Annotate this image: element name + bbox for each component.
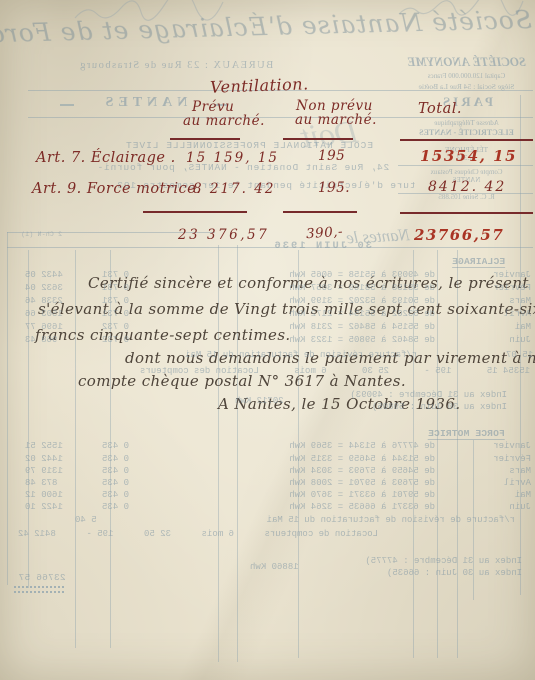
location-rate: 32 50 (144, 529, 171, 539)
meter-reading: de 50193 à 53202 = 3199 Kwh (129, 296, 461, 306)
eclairage-index-block: Index au 31 Décembre : 49093) Index au 3… (235, 390, 507, 412)
totals-rule-prevu (143, 211, 247, 213)
meter-reading: de 55158 à 58169 = 3057 Kwh (129, 283, 461, 293)
index-december: Index au 31 Décembre : 49093) (350, 390, 507, 400)
eclairage-heading-bleedthrough: ECLAIRAGE (452, 256, 505, 267)
scanned-invoice-page: Société Nantaise d'Éclairage et de Force… (0, 0, 535, 680)
month-label: Janvier (461, 441, 531, 451)
eclairage-row: Avril de 53202 à 55154 = 2172 Kwh 0 731 … (25, 309, 531, 319)
force-location-line: Location de compteurs 6 mois 32 50 195 -… (18, 529, 378, 539)
meter-reading: de 59701 à 63371 = 3670 Kwh (129, 490, 461, 500)
force-row: Mars de 54659 à 57693 = 3034 Kwh 0 435 1… (25, 466, 531, 476)
amount: 2338 46 (25, 296, 83, 306)
meter-reading: de 53202 à 55154 = 2172 Kwh (129, 309, 461, 319)
month-label: Juin (461, 502, 531, 512)
col-header-total: Total. (418, 101, 462, 117)
rate: 0 435 (83, 454, 129, 464)
month-label: Mai (461, 490, 531, 500)
amount: 3632 04 (25, 283, 83, 293)
adresse-telegraphique-line: Adresse Télégraphique (400, 119, 533, 127)
month-label: Juin (461, 335, 531, 345)
grand-total-nonprevu: 390,- (305, 224, 343, 243)
row2-label: Art. 9. Force motrice. (32, 181, 201, 197)
month-label: Avril (461, 309, 531, 319)
rate: 0 435 (83, 490, 129, 500)
rate: 0 435 (83, 478, 129, 488)
amount: 1552 51 (25, 441, 83, 451)
amount: 4432 05 (25, 270, 83, 280)
index-june: Index au 30 Juin : 66635) (365, 568, 522, 578)
meter-reading: de 54659 à 57693 = 3034 Kwh (129, 466, 461, 476)
consumption-total: 20712 Kwh (235, 396, 284, 406)
totals-rule-total (400, 212, 533, 214)
underline-prevu (170, 138, 240, 140)
location-total: 8412 42 (18, 529, 56, 539)
force-motrice-heading-bleedthrough: FORCE MOTRICE (428, 428, 505, 439)
amount: 1600 12 (25, 490, 83, 500)
row2-total: 8412. 42 (428, 179, 506, 195)
amount: 1696 77 (25, 322, 83, 332)
eclairage-row: Février de 55158 à 58169 = 3057 Kwh 0 73… (25, 283, 531, 293)
dash-rule (60, 104, 74, 106)
rate: 0 435 (83, 502, 129, 512)
eclairage-location-line: 15354 15 195 - 25 30 6 mois Location des… (140, 366, 530, 376)
revision-label: r/facture de révision de facturation du … (267, 515, 515, 525)
force-revision-line: r/facture de révision de facturation du … (75, 515, 515, 525)
month-label: Mars (461, 296, 531, 306)
location-fee: 195 - (86, 529, 113, 539)
row1-nonprevu: 195 (318, 148, 345, 164)
amount: 1319 79 (25, 466, 83, 476)
meter-reading: de 47776 à 51344 = 3569 Kwh (129, 441, 461, 451)
row1-label: Art. 7. Éclairage . (36, 150, 176, 166)
underline-nonprevu (283, 138, 353, 140)
revision-label: r/facture révision de facturation du 15 … (185, 350, 417, 360)
meter-reading: de 49093 à 55158 = 6065 Kwh (129, 270, 461, 280)
force-row: Juin de 63371 à 66635 = 3264 Kwh 0 435 1… (25, 502, 531, 512)
rate: 0 731 (83, 283, 129, 293)
grand-total-total: 23766,57 (414, 226, 504, 244)
rate: 0 435 (83, 466, 129, 476)
meter-reading: de 57693 à 59701 = 2008 Kwh (129, 478, 461, 488)
force-row: Mai de 59701 à 63371 = 3670 Kwh 0 435 16… (25, 490, 531, 500)
location-label: Location de compteurs (265, 529, 378, 539)
table-rule (520, 95, 521, 595)
electricite-nantes-line: ELECTRICITÉ - NANTES (400, 128, 533, 137)
amount: 873 48 (25, 478, 83, 488)
force-row: Avril de 57693 à 59701 = 2008 Kwh 0 435 … (25, 478, 531, 488)
eclairage-row: Mars de 50193 à 53202 = 3199 Kwh 0 731 2… (25, 296, 531, 306)
total-underline (14, 586, 66, 588)
month-label: Avril (461, 478, 531, 488)
meter-reading: de 55154 à 58462 = 2318 Kwh (129, 322, 461, 332)
rule (7, 247, 533, 248)
amount: 968 43 (25, 335, 83, 345)
consumption-total: 18860 Kwh (250, 562, 299, 572)
force-row: Février de 51344 à 54659 = 3315 Kwh 0 43… (25, 454, 531, 464)
row1-prevu: 15 159, 15 (186, 150, 279, 166)
ventilation-title: Ventilation. (210, 74, 309, 96)
eclairage-row: Mai de 55154 à 58462 = 2318 Kwh 0 732 16… (25, 322, 531, 332)
amount: 1422 10 (25, 502, 83, 512)
rate: 0 732 (83, 322, 129, 332)
index-lines: Index au 31 Décembre : 49093) Index au 3… (350, 390, 507, 412)
eclairage-row: Juin de 58462 à 59805 = 1323 Kwh 0 732 9… (25, 335, 531, 345)
location-total: 15354 15 (487, 366, 530, 376)
meter-reading: de 63371 à 66635 = 3264 Kwh (129, 502, 461, 512)
index-december: Index au 31 Décembre : 47775) (365, 556, 522, 566)
force-index-block: Index au 31 Décembre : 47775) Index au 3… (250, 556, 522, 578)
underline-total (400, 139, 533, 141)
row2-prevu: 8 217. 42 (193, 181, 275, 197)
eclairage-revision-line: 15 07 r/facture révision de facturation … (185, 350, 533, 360)
col-header-prevu-sub: au marché. (183, 113, 265, 129)
bureaux-address-bleedthrough: BUREAUX : 23 Rue de Strasbourg (50, 60, 302, 71)
month-label: Février (461, 454, 531, 464)
col-header-nonprevu-sub: au marché. (295, 112, 377, 128)
month-label: Mars (461, 466, 531, 476)
location-duration: 6 mois (294, 366, 326, 376)
capital-line: Capital 120.000.000 Francs (400, 72, 533, 80)
row2-nonprevu: 195. (318, 180, 350, 196)
totals-rule-nonprevu (283, 211, 357, 213)
rate: 0 435 (83, 441, 129, 451)
grand-total-prevu: 23 376,57 (178, 227, 269, 243)
revision-amount: 5 40 (75, 515, 97, 525)
revision-amount: 15 07 (506, 350, 533, 360)
force-motrice-heading-text: FORCE MOTRICE (428, 428, 505, 440)
rate: 0 731 (83, 270, 129, 280)
total-underline (14, 591, 66, 593)
rule (28, 117, 533, 118)
location-rate: 25 30 (362, 366, 389, 376)
rate: 0 732 (83, 335, 129, 345)
rule (398, 165, 533, 166)
row1-total: 15354, 15 (420, 147, 517, 165)
index-june: Index au 30 Juin : 59805) (350, 402, 507, 412)
amount: 1503 66 (25, 309, 83, 319)
index-lines: Index au 31 Décembre : 47775) Index au 3… (365, 556, 522, 578)
rate: 0 731 (83, 309, 129, 319)
location-duration: 6 mois (202, 529, 234, 539)
societe-anonyme-line: SOCIÉTÉ ANONYME (400, 55, 533, 70)
city-nantes-bleedthrough: NANTES (78, 95, 210, 111)
verso-grand-total: 23766 57 (16, 572, 68, 583)
month-label: Janvier (461, 270, 531, 280)
location-fee: 195 - (424, 366, 451, 376)
eclairage-row: Janvier de 49093 à 55158 = 6065 Kwh 0 73… (25, 270, 531, 280)
table-rule (7, 232, 8, 585)
meter-reading: de 51344 à 54659 = 3315 Kwh (129, 454, 461, 464)
location-label: Location des compteurs (140, 366, 259, 376)
eclairage-heading-text: ECLAIRAGE (452, 256, 505, 268)
force-row: Janvier de 47776 à 51344 = 3569 Kwh 0 43… (25, 441, 531, 451)
meter-reading: de 58462 à 59805 = 1323 Kwh (129, 335, 461, 345)
month-label: Mai (461, 322, 531, 332)
month-label: Février (461, 283, 531, 293)
amount: 1442 02 (25, 454, 83, 464)
rate: 0 731 (83, 296, 129, 306)
